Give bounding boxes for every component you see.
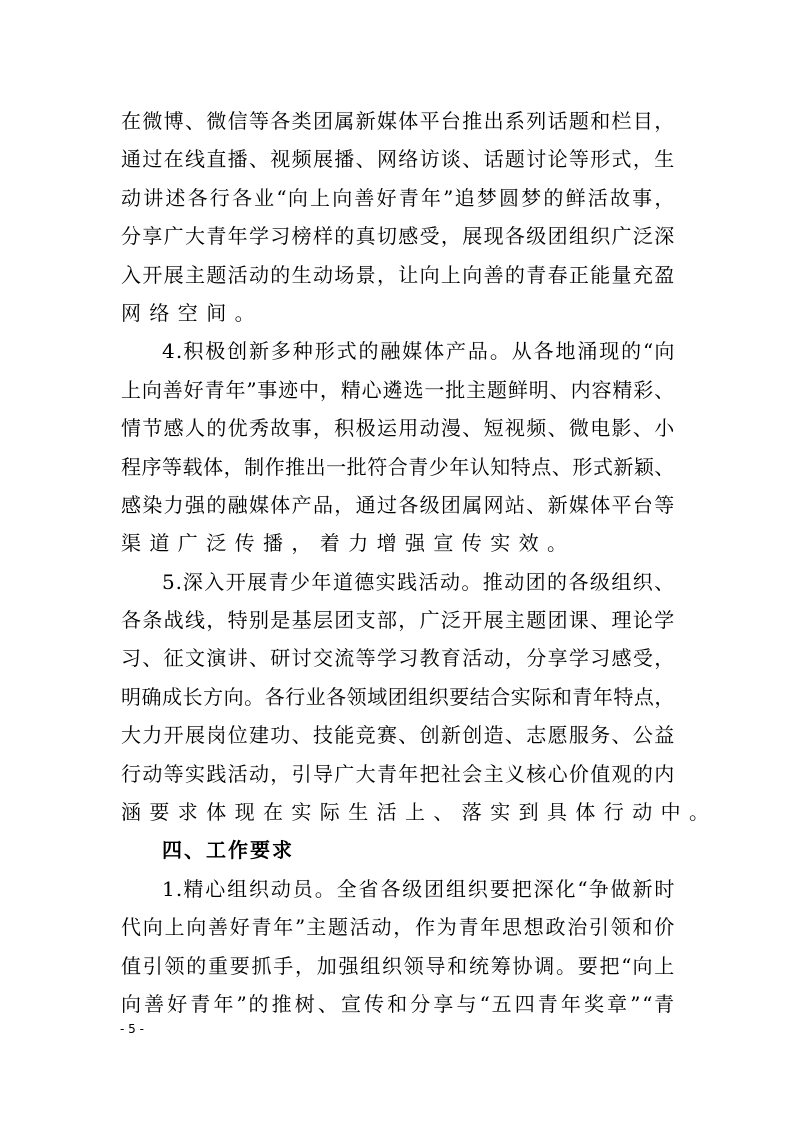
text-line: 网络空间。 xyxy=(121,294,674,332)
list-item-heading-1: 1 . 精 心 组 织 动 员 。 全 省 各 级 团 组 织 要 把 深 化 … xyxy=(121,870,674,908)
text-line: 行 动 等 实 践 活 动 ， 引 导 广 大 青 年 把 社 会 主 义 核 … xyxy=(121,755,674,793)
page-number: - 5 - xyxy=(120,1022,144,1036)
text-line: 向 善 好 青 年 ” 的 推 树 、 宣 传 和 分 享 与 “ 五 四 青 … xyxy=(121,985,674,1023)
text-line: 上 向 善 好 青 年 ” 事 迹 中 ， 精 心 遴 选 一 批 主 题 鲜 … xyxy=(121,371,674,409)
text-line: 感 染 力 强 的 融 媒 体 产 品 ， 通 过 各 级 团 属 网 站 、 … xyxy=(121,486,674,524)
document-page: 在 微 博 、 微 信 等 各 类 团 属 新 媒 体 平 台 推 出 系 列 … xyxy=(121,102,674,1023)
text-line: 情 节 感 人 的 优 秀 故 事 ， 积 极 运 用 动 漫 、 短 视 频 … xyxy=(121,409,674,447)
text-line: 代 向 上 向 善 好 青 年 ” 主 题 活 动 ， 作 为 青 年 思 想 … xyxy=(121,908,674,946)
text-line: 入 开 展 主 题 活 动 的 生 动 场 景 ， 让 向 上 向 善 的 青 … xyxy=(121,256,674,294)
text-line: 渠道广泛传播，着力增强宣传实效。 xyxy=(121,524,674,562)
text-line: 明 确 成 长 方 向 。 各 行 业 各 领 域 团 组 织 要 结 合 实 … xyxy=(121,678,674,716)
list-item-heading-5: 5 . 深 入 开 展 青 少 年 道 德 实 践 活 动 。 推 动 团 的 … xyxy=(121,563,674,601)
text-line: 动 讲 述 各 行 各 业 “ 向 上 向 善 好 青 年 ” 追 梦 圆 梦 … xyxy=(121,179,674,217)
text-line: 值 引 领 的 重 要 抓 手 ， 加 强 组 织 领 导 和 统 筹 协 调 … xyxy=(121,947,674,985)
text-line: 习 、 征 文 演 讲 、 研 讨 交 流 等 学 习 教 育 活 动 ， 分 … xyxy=(121,639,674,677)
list-item-heading-4: 4 . 积 极 创 新 多 种 形 式 的 融 媒 体 产 品 。 从 各 地 … xyxy=(121,332,674,370)
text-line: 涵要求体现在实际生活上、落实到具体行动中。 xyxy=(121,793,674,831)
text-line: 分 享 广 大 青 年 学 习 榜 样 的 真 切 感 受 ， 展 现 各 级 … xyxy=(121,217,674,255)
text-line: 在 微 博 、 微 信 等 各 类 团 属 新 媒 体 平 台 推 出 系 列 … xyxy=(121,102,674,140)
text-line: 通 过 在 线 直 播 、 视 频 展 播 、 网 络 访 谈 、 话 题 讨 … xyxy=(121,140,674,178)
text-line: 各 条 战 线 ， 特 别 是 基 层 团 支 部 ， 广 泛 开 展 主 题 … xyxy=(121,601,674,639)
section-heading: 四、工作要求 xyxy=(121,831,674,869)
text-line: 大 力 开 展 岗 位 建 功 、 技 能 竞 赛 、 创 新 创 造 、 志 … xyxy=(121,716,674,754)
text-line: 程 序 等 载 体 ， 制 作 推 出 一 批 符 合 青 少 年 认 知 特 … xyxy=(121,448,674,486)
